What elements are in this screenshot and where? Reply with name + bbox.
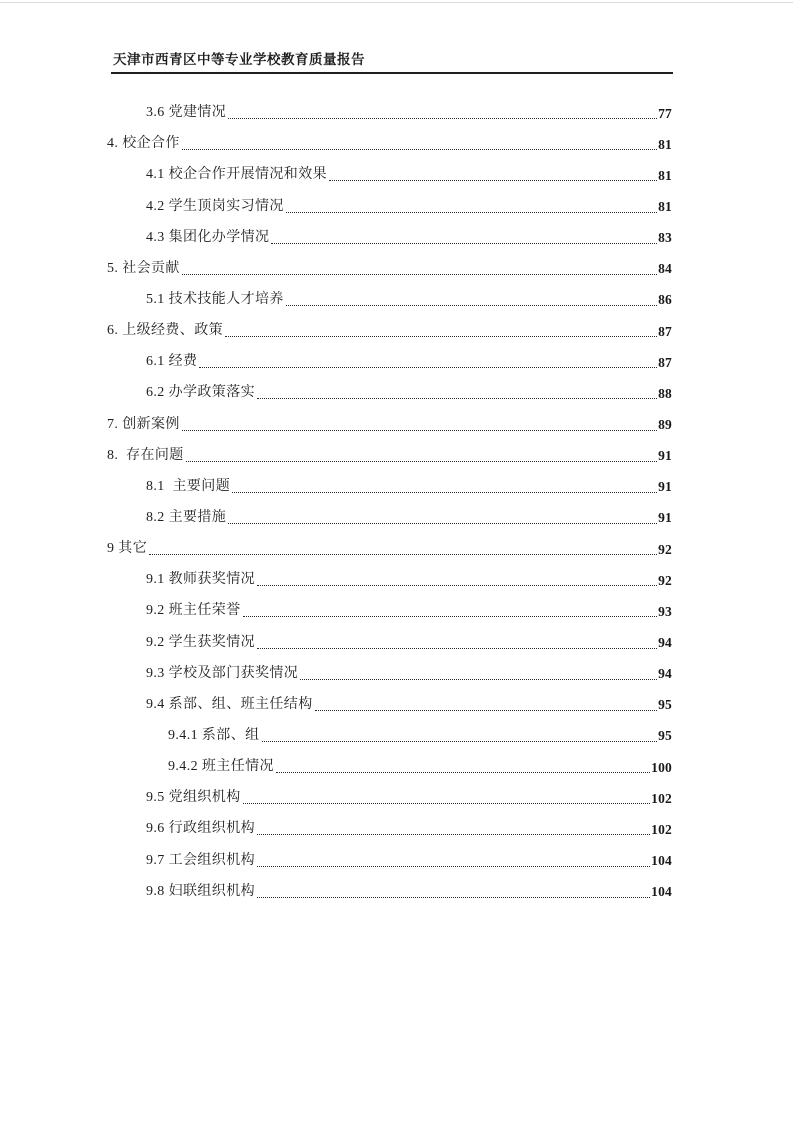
- toc-dot-leader: [182, 430, 657, 431]
- toc-dot-leader: [186, 461, 657, 462]
- toc-dot-leader: [228, 523, 657, 524]
- toc-entry-page-number: 88: [658, 387, 672, 401]
- toc-dot-leader: [257, 897, 650, 898]
- toc-entry-label: 9.7 工会组织机构: [146, 854, 255, 868]
- toc-entry[interactable]: 4.2 学生顶岗实习情况 81: [146, 187, 672, 218]
- toc-entry-page-number: 91: [658, 480, 672, 494]
- toc-entry-label: 9.4 系部、组、班主任结构: [146, 698, 313, 712]
- toc-entry-page-number: 93: [658, 605, 672, 619]
- toc-entry-page-number: 81: [658, 169, 672, 183]
- toc-dot-leader: [329, 180, 657, 181]
- toc-entry[interactable]: 6.1 经费 87: [146, 343, 672, 374]
- toc-dot-leader: [149, 554, 657, 555]
- toc-entry[interactable]: 8.1 主要问题 91: [146, 468, 672, 499]
- toc-dot-leader: [315, 710, 657, 711]
- toc-entry-label: 9.5 党组织机构: [146, 791, 241, 805]
- toc-entry[interactable]: 9.2 班主任荣誉 93: [146, 592, 672, 623]
- toc-entry-label: 6.1 经费: [146, 355, 197, 369]
- toc-dot-leader: [257, 866, 650, 867]
- toc-entry-label: 9.3 学校及部门获奖情况: [146, 667, 298, 681]
- toc-entry[interactable]: 4. 校企合作 81: [107, 125, 672, 156]
- toc-entry-label: 5. 社会贡献: [107, 262, 180, 276]
- toc-entry[interactable]: 8. 存在问题 91: [107, 437, 672, 468]
- toc-entry-page-number: 102: [651, 792, 672, 806]
- toc-entry-page-number: 91: [658, 511, 672, 525]
- toc-dot-leader: [276, 772, 650, 773]
- toc-entry-label: 9.4.1 系部、组: [168, 729, 260, 743]
- toc-entry[interactable]: 3.6 党建情况 77: [146, 94, 672, 125]
- toc-entry[interactable]: 9.7 工会组织机构 104: [146, 841, 672, 872]
- toc-dot-leader: [243, 803, 651, 804]
- toc-dot-leader: [182, 274, 657, 275]
- toc-entry-label: 4. 校企合作: [107, 137, 180, 151]
- toc-entry-page-number: 77: [658, 107, 672, 121]
- toc-entry-label: 5.1 技术技能人才培养: [146, 293, 284, 307]
- toc-dot-leader: [257, 398, 657, 399]
- toc-entry[interactable]: 9 其它 92: [107, 530, 672, 561]
- toc-entry-label: 4.3 集团化办学情况: [146, 231, 269, 245]
- toc-entry-page-number: 104: [651, 885, 672, 899]
- toc-entry[interactable]: 9.4 系部、组、班主任结构 95: [146, 686, 672, 717]
- toc-dot-leader: [199, 367, 657, 368]
- toc-dot-leader: [286, 212, 657, 213]
- page-header: 天津市西青区中等专业学校教育质量报告: [111, 51, 673, 74]
- toc-entry-page-number: 92: [658, 543, 672, 557]
- toc-entry[interactable]: 4.3 集团化办学情况 83: [146, 219, 672, 250]
- toc-entry-label: 9.1 教师获奖情况: [146, 573, 255, 587]
- toc-entry[interactable]: 6.2 办学政策落实 88: [146, 374, 672, 405]
- toc-entry-page-number: 95: [658, 729, 672, 743]
- toc-dot-leader: [182, 149, 657, 150]
- toc-entry-page-number: 83: [658, 231, 672, 245]
- report-title: 天津市西青区中等专业学校教育质量报告: [111, 51, 673, 68]
- toc-dot-leader: [228, 118, 657, 119]
- toc-entry-page-number: 86: [658, 293, 672, 307]
- toc-entry-label: 9 其它: [107, 542, 147, 556]
- toc-dot-leader: [257, 648, 657, 649]
- toc-entry-page-number: 81: [658, 200, 672, 214]
- toc-entry-label: 8.1 主要问题: [146, 480, 230, 494]
- toc-dot-leader: [243, 616, 657, 617]
- toc-entry-label: 9.2 学生获奖情况: [146, 636, 255, 650]
- toc-entry-page-number: 81: [658, 138, 672, 152]
- toc-entry[interactable]: 4.1 校企合作开展情况和效果 81: [146, 156, 672, 187]
- toc-entry-label: 4.1 校企合作开展情况和效果: [146, 168, 327, 182]
- toc-entry-label: 9.6 行政组织机构: [146, 822, 255, 836]
- toc-dot-leader: [232, 492, 657, 493]
- toc-entry-label: 9.4.2 班主任情况: [168, 760, 274, 774]
- toc-dot-leader: [257, 834, 650, 835]
- toc-entry[interactable]: 9.1 教师获奖情况 92: [146, 561, 672, 592]
- table-of-contents: 3.6 党建情况 77 4. 校企合作 81 4.1 校企合作开展情况和效果 8…: [0, 94, 793, 904]
- toc-entry-page-number: 87: [658, 356, 672, 370]
- toc-entry[interactable]: 5.1 技术技能人才培养 86: [146, 281, 672, 312]
- toc-entry-label: 6.2 办学政策落实: [146, 386, 255, 400]
- toc-entry-page-number: 104: [651, 854, 672, 868]
- toc-dot-leader: [300, 679, 657, 680]
- toc-entry[interactable]: 9.4.1 系部、组 95: [168, 717, 672, 748]
- toc-entry[interactable]: 9.4.2 班主任情况 100: [168, 748, 672, 779]
- toc-entry[interactable]: 6. 上级经费、政策 87: [107, 312, 672, 343]
- document-page: 天津市西青区中等专业学校教育质量报告 3.6 党建情况 77 4. 校企合作 8…: [0, 0, 793, 1122]
- toc-entry-page-number: 91: [658, 449, 672, 463]
- toc-entry-page-number: 94: [658, 636, 672, 650]
- toc-entry-label: 9.2 班主任荣誉: [146, 604, 241, 618]
- toc-entry-page-number: 92: [658, 574, 672, 588]
- toc-entry[interactable]: 9.5 党组织机构 102: [146, 779, 672, 810]
- toc-entry-page-number: 94: [658, 667, 672, 681]
- toc-entry-page-number: 100: [651, 761, 672, 775]
- toc-entry[interactable]: 9.2 学生获奖情况 94: [146, 623, 672, 654]
- toc-entry-label: 9.8 妇联组织机构: [146, 885, 255, 899]
- toc-entry-label: 8. 存在问题: [107, 449, 184, 463]
- toc-dot-leader: [257, 585, 657, 586]
- page-edge-line: [0, 2, 793, 3]
- toc-entry[interactable]: 9.8 妇联组织机构 104: [146, 873, 672, 904]
- toc-dot-leader: [286, 305, 657, 306]
- toc-dot-leader: [271, 243, 657, 244]
- toc-entry-page-number: 89: [658, 418, 672, 432]
- toc-entry[interactable]: 8.2 主要措施 91: [146, 499, 672, 530]
- toc-dot-leader: [225, 336, 657, 337]
- toc-entry[interactable]: 7. 创新案例 89: [107, 405, 672, 436]
- toc-entry-page-number: 102: [651, 823, 672, 837]
- toc-entry-label: 3.6 党建情况: [146, 106, 226, 120]
- toc-entry-label: 8.2 主要措施: [146, 511, 226, 525]
- toc-entry-label: 6. 上级经费、政策: [107, 324, 223, 338]
- toc-entry[interactable]: 5. 社会贡献 84: [107, 250, 672, 281]
- toc-entry[interactable]: 9.3 学校及部门获奖情况 94: [146, 655, 672, 686]
- toc-dot-leader: [262, 741, 658, 742]
- toc-entry-label: 4.2 学生顶岗实习情况: [146, 200, 284, 214]
- toc-entry-page-number: 87: [658, 325, 672, 339]
- toc-entry-page-number: 84: [658, 262, 672, 276]
- toc-entry-label: 7. 创新案例: [107, 418, 180, 432]
- toc-entry[interactable]: 9.6 行政组织机构 102: [146, 810, 672, 841]
- toc-entry-page-number: 95: [658, 698, 672, 712]
